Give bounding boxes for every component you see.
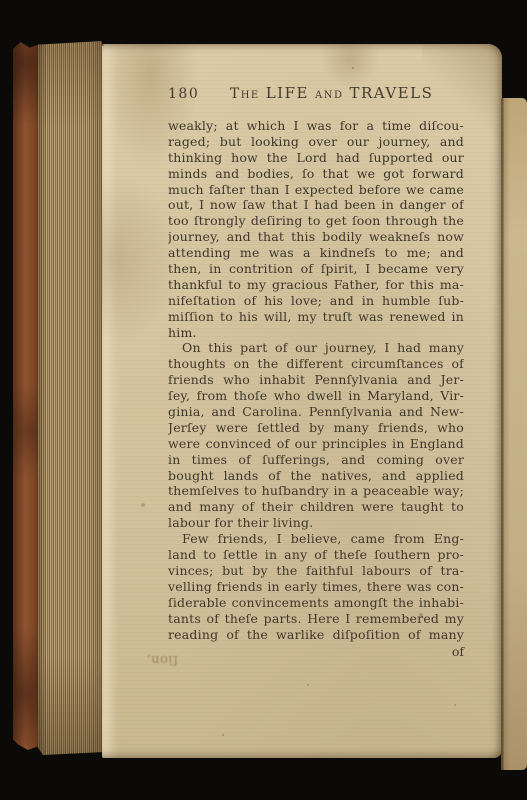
running-header: 180 TheLIFEandTRAVELS <box>168 84 464 106</box>
page-body: weakly; at which I was for a time diſcou… <box>168 118 464 642</box>
text-line: vinces; but by the faithful labours of t… <box>168 563 464 579</box>
text-line: bought lands of the natives, and applied <box>168 468 464 484</box>
text-line: ſey, from thoſe who dwell in Maryland, V… <box>168 388 464 404</box>
running-title-word: and <box>315 86 344 102</box>
book-page: 180 TheLIFEandTRAVELS weakly; at which I… <box>102 44 502 758</box>
text-line: nifeſtation of his love; and in humble ſ… <box>168 293 464 309</box>
text-line: him. <box>168 325 464 341</box>
text-line: Few friends, I believe, came from Eng- <box>168 531 464 547</box>
text-line: thinking how the Lord had ſupported our <box>168 150 464 166</box>
text-line: then, in contrition of ſpirit, I became … <box>168 261 464 277</box>
book-spine <box>13 42 40 750</box>
page-edge-stack <box>38 41 102 755</box>
foxing-specks <box>102 44 104 46</box>
running-title-word: LIFE <box>266 84 309 102</box>
running-title-word: The <box>230 86 260 102</box>
text-line: attending me was a kindneſs to me; and <box>168 245 464 261</box>
text-line: friends who inhabit Pennſylvania and Jer… <box>168 372 464 388</box>
text-line: On this part of our journey, I had many <box>168 340 464 356</box>
text-line: reading of the warlike diſpoſition of ma… <box>168 627 464 643</box>
text-line: labour for their living. <box>168 515 464 531</box>
text-block: 180 TheLIFEandTRAVELS weakly; at which I… <box>168 84 464 660</box>
text-line: and many of their children were taught t… <box>168 499 464 515</box>
text-line: thoughts on the different circumſtances … <box>168 356 464 372</box>
text-line: ginia, and Carolina. Pennſylvania and Ne… <box>168 404 464 420</box>
text-line: raged; but looking over our journey, and <box>168 134 464 150</box>
page-number: 180 <box>168 86 199 102</box>
catchword: of <box>168 644 464 660</box>
text-line: out, I now ſaw that I had been in danger… <box>168 197 464 213</box>
text-line: Jerſey were ſettled by many friends, who <box>168 420 464 436</box>
text-line: tants of theſe parts. Here I remembered … <box>168 611 464 627</box>
text-line: journey, and that this bodily weakneſs n… <box>168 229 464 245</box>
text-line: too ſtrongly deſiring to get ſoon throug… <box>168 213 464 229</box>
fore-edge-strip <box>501 98 527 770</box>
text-line: much faſter than I expected before we ca… <box>168 182 464 198</box>
text-line: thankful to my gracious Father, for this… <box>168 277 464 293</box>
text-line: in times of ſufferings, and coming over <box>168 452 464 468</box>
text-line: land to ſettle in any of theſe ſouthern … <box>168 547 464 563</box>
running-title-word: TRAVELS <box>349 84 433 102</box>
running-title: TheLIFEandTRAVELS <box>199 84 464 102</box>
text-line: minds and bodies, ſo that we got forward <box>168 166 464 182</box>
text-line: miſſion to his will, my truſt was renewe… <box>168 309 464 325</box>
text-line: were convinced of our principles in Engl… <box>168 436 464 452</box>
text-line: weakly; at which I was for a time diſcou… <box>168 118 464 134</box>
text-line: velling friends in early times, there wa… <box>168 579 464 595</box>
book-photo: 180 TheLIFEandTRAVELS weakly; at which I… <box>0 0 527 800</box>
text-line: ſiderable convincements amongſt the inha… <box>168 595 464 611</box>
text-line: themſelves to huſbandry in a peaceable w… <box>168 483 464 499</box>
verso-show-through-text: ſion, <box>146 652 178 667</box>
